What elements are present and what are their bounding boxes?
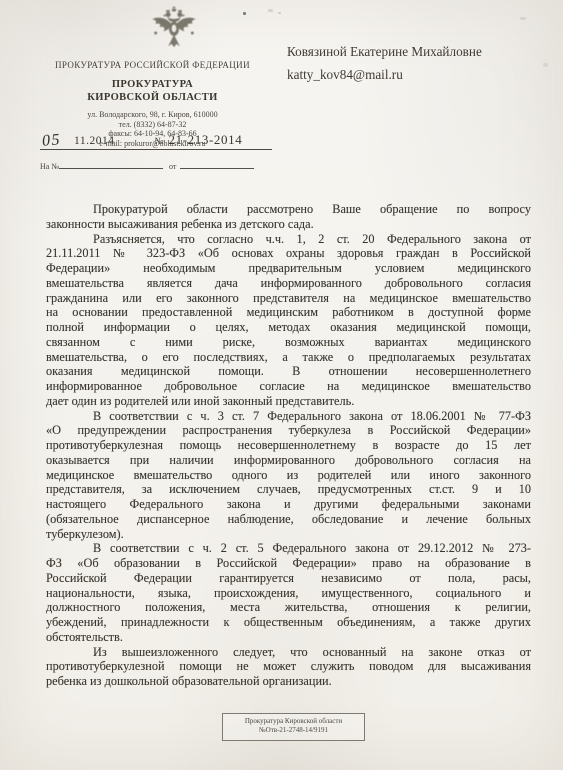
org-name-line1: ПРОКУРАТУРА [20,79,285,92]
body-line: противотуберкулезной помощи не может слу… [46,659,531,674]
reference-row: На №от [40,159,272,171]
body-line: Прокуратурой области рассмотрено Ваше об… [46,202,531,217]
handwritten-day: 05 [41,131,61,151]
body-line: «О предупреждении распространения туберк… [46,423,531,438]
body-line: должностного положения, места жительства… [46,600,531,615]
coat-of-arms-double-headed-eagle-icon [149,6,199,50]
body-line: полной информации о целях, методах оказа… [46,320,531,335]
body-line: настоящего Федерального закона и другими… [46,497,531,512]
body-line: оказывается при наличии информированного… [46,453,531,468]
document-number: 21-213-2014 [169,132,243,147]
body-line: представителя, за исключением случаев, п… [46,482,531,497]
body-line: ребенка из дошкольной образовательной ор… [46,674,531,689]
date-month-year: 11.2014 [74,135,114,147]
org-address: ул. Володарского, 98, г. Киров, 610000 [20,110,285,120]
paragraph: В соответствии с ч. 2 ст. 5 Федерального… [46,541,531,644]
ref-number-blank [59,159,163,169]
body-line: ФЗ «Об образовании в Российской Федераци… [46,556,531,571]
body-line: информированное добровольное согласие на… [46,379,531,394]
body-line: В соответствии с ч. 2 ст. 5 Федерального… [46,541,531,556]
body-line: туберкулезом). [46,527,531,542]
body-line: обстоятельств. [46,630,531,645]
recipient-email: katty_kov84@mail.ru [287,63,547,86]
paragraph: Разъясняется, что согласно ч.ч. 1, 2 ст.… [46,232,531,409]
body-line: национальности, языка, происхождения, им… [46,586,531,601]
body-line: убеждений, принадлежности к общественным… [46,615,531,630]
body-line: Федерации» необходимым предварительным у… [46,261,531,276]
body-line: вмешательства, о его последствиях, а так… [46,350,531,365]
ref-date-blank [180,159,254,169]
body-line: Российской Федерации гарантируется незав… [46,571,531,586]
ref-on-label: На № [40,162,59,171]
recipient-name: Ковязиной Екатерине Михайловне [287,40,547,63]
body-line: на основании предоставленной медицинским… [46,305,531,320]
paragraph: В соответствии с ч. 3 ст. 7 Федерального… [46,409,531,542]
letterhead: ПРОКУРАТУРА РОССИЙСКОЙ ФЕДЕРАЦИИ ПРОКУРА… [20,6,285,148]
body-line: вмешательства является дача информирован… [46,276,531,291]
recipient-block: Ковязиной Екатерине Михайловне katty_kov… [287,40,547,86]
scan-speck [520,17,526,20]
body-line: (обязательное диспансерное наблюдение, о… [46,512,531,527]
body-line: гражданина или его законного представите… [46,291,531,306]
body-line: дает один из родителей или иной законный… [46,394,531,409]
org-name-line2: КИРОВСКОЙ ОБЛАСТИ [20,92,285,105]
ref-from-label: от [169,162,176,171]
paragraph: Прокуратурой области рассмотрено Ваше об… [46,202,531,232]
body-line: 21.11.2011 № 323-ФЗ «Об основах охраны з… [46,246,531,261]
letter-body: Прокуратурой области рассмотрено Ваше об… [46,202,531,689]
scanned-letter-page: ПРОКУРАТУРА РОССИЙСКОЙ ФЕДЕРАЦИИ ПРОКУРА… [0,0,563,770]
body-line: В соответствии с ч. 3 ст. 7 Федерального… [46,409,531,424]
body-line: связанном с ними риске, возможных вариан… [46,335,531,350]
body-line: законности высаживания ребенка из детско… [46,217,531,232]
date-number-row: 0511.2014№21-213-2014 [40,131,272,150]
paragraph: Из вышеизложенного следует, что основанн… [46,645,531,689]
body-line: медицинское вмешательство одного из роди… [46,468,531,483]
org-phone: тел. (8332) 64-87-32 [20,120,285,130]
body-line: противотуберкулезная помощь несовершенно… [46,438,531,453]
registration-stamp: Прокуратура Кировской области №Отв-21-27… [222,713,365,741]
body-line: Из вышеизложенного следует, что основанн… [46,645,531,660]
stamp-org-line: Прокуратура Кировской области [223,717,364,726]
stamp-number-line: №Отв-21-2748-14/9191 [223,726,364,735]
body-line: оказания медицинской помощи. В отношении… [46,364,531,379]
federal-prosecutor-line: ПРОКУРАТУРА РОССИЙСКОЙ ФЕДЕРАЦИИ [20,60,285,70]
body-line: Разъясняется, что согласно ч.ч. 1, 2 ст.… [46,232,531,247]
number-sign: № [154,137,163,147]
